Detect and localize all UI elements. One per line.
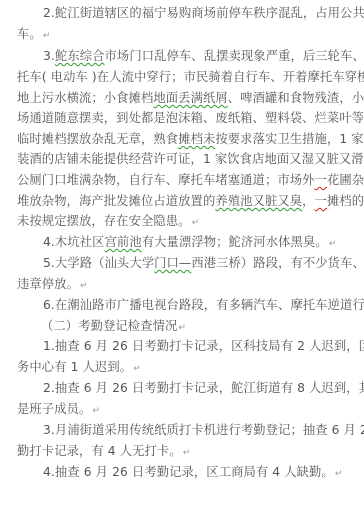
paragraph-line: 公厕门口堆满杂物，自行车、摩托车堵塞通道；市场外一花圃杂草丛生， [17,170,364,190]
line-text: 3. [43,49,55,63]
paragraph-mark-icon: ↵ [80,281,88,291]
paragraph-line: 务中心有 1 人迟到。↵ [17,357,141,377]
paragraph-line: 违章停放。↵ [17,274,88,294]
line-text: 6.在潮汕路市广播电视台路段，有多辆汽车、摩托车逆道行驶。 [43,298,364,312]
line-text: 摊档的氧气瓶 [327,194,364,208]
line-text: 地上污水横流；小食摊档 [17,91,153,105]
paragraph-mark-icon: ↵ [133,364,141,374]
line-text: 堆放杂物，海产批发摊位占道放置的 [17,194,215,208]
line-text: 西港三桥）路段，有不少货车、小汽车 [191,256,364,270]
paragraph-line: 未按规定摆放，存在安全隐患。↵ [17,211,199,231]
paragraph-line: 车。↵ [17,24,50,44]
line-text: ， [302,194,314,208]
grammar-flagged-text[interactable]: 养殖池又脏又臭 [215,194,302,208]
paragraph-mark-icon: ↵ [335,469,343,479]
line-text: 3.月浦街道采用传统纸质打卡机进行考勤登记；抽查 6 月 26 日考 [43,423,364,437]
line-text: 4.抽查 6 月 26 日考勤记录，区工商局有 4 人缺勤。 [43,465,334,479]
paragraph-line: 2.鮀江街道辖区的福宁易购商场前停车秩序混乱，占用公共道路停 [43,3,364,23]
paragraph-line: 临时摊档摆放杂乱无章，熟食摊档未按要求落实卫生措施，1 家出售散 [17,129,364,149]
line-text: 4.木坑社区 [43,235,105,249]
paragraph-line: 装酒的店铺未能提供经营许可证，1 家饮食店地面又湿又脏又滑；市场 [17,149,364,169]
paragraph-mark-icon: ↵ [183,448,191,458]
paragraph-line: 4.木坑社区宫前池有大量漂浮物；鮀济河水体黑臭。↵ [43,232,336,252]
line-text: 有大量漂浮物；鮀济河水体黑臭。 [142,235,328,249]
line-text: 花圃杂草丛生， [327,173,364,187]
line-text: 务中心有 1 人迟到。 [17,360,132,374]
paragraph-line: 托车( 电动车 )在人流中穿行；市民骑着自行车、开着摩托车穿梭购物， [17,67,364,87]
paragraph-mark-icon: ↵ [192,218,200,228]
paragraph-line: 4.抽查 6 月 26 日考勤记录，区工商局有 4 人缺勤。↵ [43,462,342,482]
grammar-flagged-text[interactable]: 宫前池 [105,235,142,249]
paragraph-line: 是班子成员。↵ [17,399,100,419]
line-text: 按要求落实卫生措施，1 家出售散 [215,132,364,146]
spelling-flagged-text[interactable]: 一 [315,173,327,187]
paragraph-line: 6.在潮汕路市广播电视台路段，有多辆汽车、摩托车逆道行驶。↵ [43,295,364,315]
paragraph-line: 勤打卡记录，有 4 人无打卡。↵ [17,441,190,461]
grammar-flagged-text[interactable]: 鮀东综合 [55,49,105,63]
paragraph-line: 5.大学路（汕头大学门口—西港三桥）路段，有不少货车、小汽车 [43,253,364,273]
line-text: 勤打卡记录，有 4 人无打卡。 [17,444,182,458]
line-text: 违章停放。 [17,277,79,291]
line-text: 2.鮀江街道辖区的福宁易购商场前停车秩序混乱，占用公共道路停 [43,6,364,20]
line-text: 市场门口乱停车、乱摆卖现象严重，后三轮车、无牌摩 [105,49,364,63]
paragraph-line: 3.月浦街道采用传统纸质打卡机进行考勤登记；抽查 6 月 26 日考 [43,420,364,440]
line-text: 是班子成员。 [17,402,91,416]
line-text: 装酒的店铺未能提供经营许可证，1 家饮食店地面又湿又脏又滑；市场 [17,152,364,166]
paragraph-line: 场通道随意摆卖，到处都是泡沫箱、废纸箱、塑料袋、烂菜叶等垃圾堆， [17,108,364,128]
line-text: 托车( 电动车 )在人流中穿行；市民骑着自行车、开着摩托车穿梭购物， [17,70,364,84]
line-text: 公厕门口堆满杂物，自行车、摩托车堵塞通道；市场外 [17,173,315,187]
grammar-flagged-text[interactable]: 摊档未 [178,132,215,146]
line-text: 1.抽查 6 月 26 日考勤打卡记录，区科技局有 2 人迟到，区行政服 [43,339,364,353]
grammar-flagged-text[interactable]: 门口— [154,256,191,270]
line-text: 2.抽查 6 月 26 日考勤打卡记录，鮀江街道有 8 人迟到，其中 2 名 [43,381,364,395]
line-text: 临时摊档摆放杂乱无章，熟食 [17,132,178,146]
paragraph-line: 2.抽查 6 月 26 日考勤打卡记录，鮀江街道有 8 人迟到，其中 2 名 [43,378,364,398]
section-heading-text: （二）考勤登记检查情况 [41,319,177,333]
paragraph-line: 1.抽查 6 月 26 日考勤打卡记录，区科技局有 2 人迟到，区行政服 [43,336,364,356]
paragraph-mark-icon: ↵ [92,406,100,416]
section-heading: （二）考勤登记检查情况↵ [41,316,186,336]
line-text: 未按规定摆放，存在安全隐患。 [17,214,191,228]
line-text: 5.大学路（汕头大学 [43,256,154,270]
line-text: 车。 [17,27,42,41]
paragraph-mark-icon: ↵ [178,323,186,333]
paragraph-line: 3.鮀东综合市场门口乱停车、乱摆卖现象严重，后三轮车、无牌摩 [43,46,364,66]
paragraph-line: 堆放杂物，海产批发摊位占道放置的养殖池又脏又臭，一摊档的氧气瓶 [17,191,364,211]
paragraph-line: 地上污水横流；小食摊档地面丢满纸屑、啤酒罐和食物残渣，小贩在市 [17,88,364,108]
grammar-flagged-text[interactable]: 地面丢满纸屑 [153,91,227,105]
paragraph-mark-icon: ↵ [43,31,51,41]
line-text: 、啤酒罐和食物残渣，小贩在市 [228,91,364,105]
line-text: 场通道随意摆卖，到处都是泡沫箱、废纸箱、塑料袋、烂菜叶等垃圾堆， [17,111,364,125]
paragraph-mark-icon: ↵ [329,239,337,249]
spelling-flagged-text[interactable]: 一 [315,194,327,208]
